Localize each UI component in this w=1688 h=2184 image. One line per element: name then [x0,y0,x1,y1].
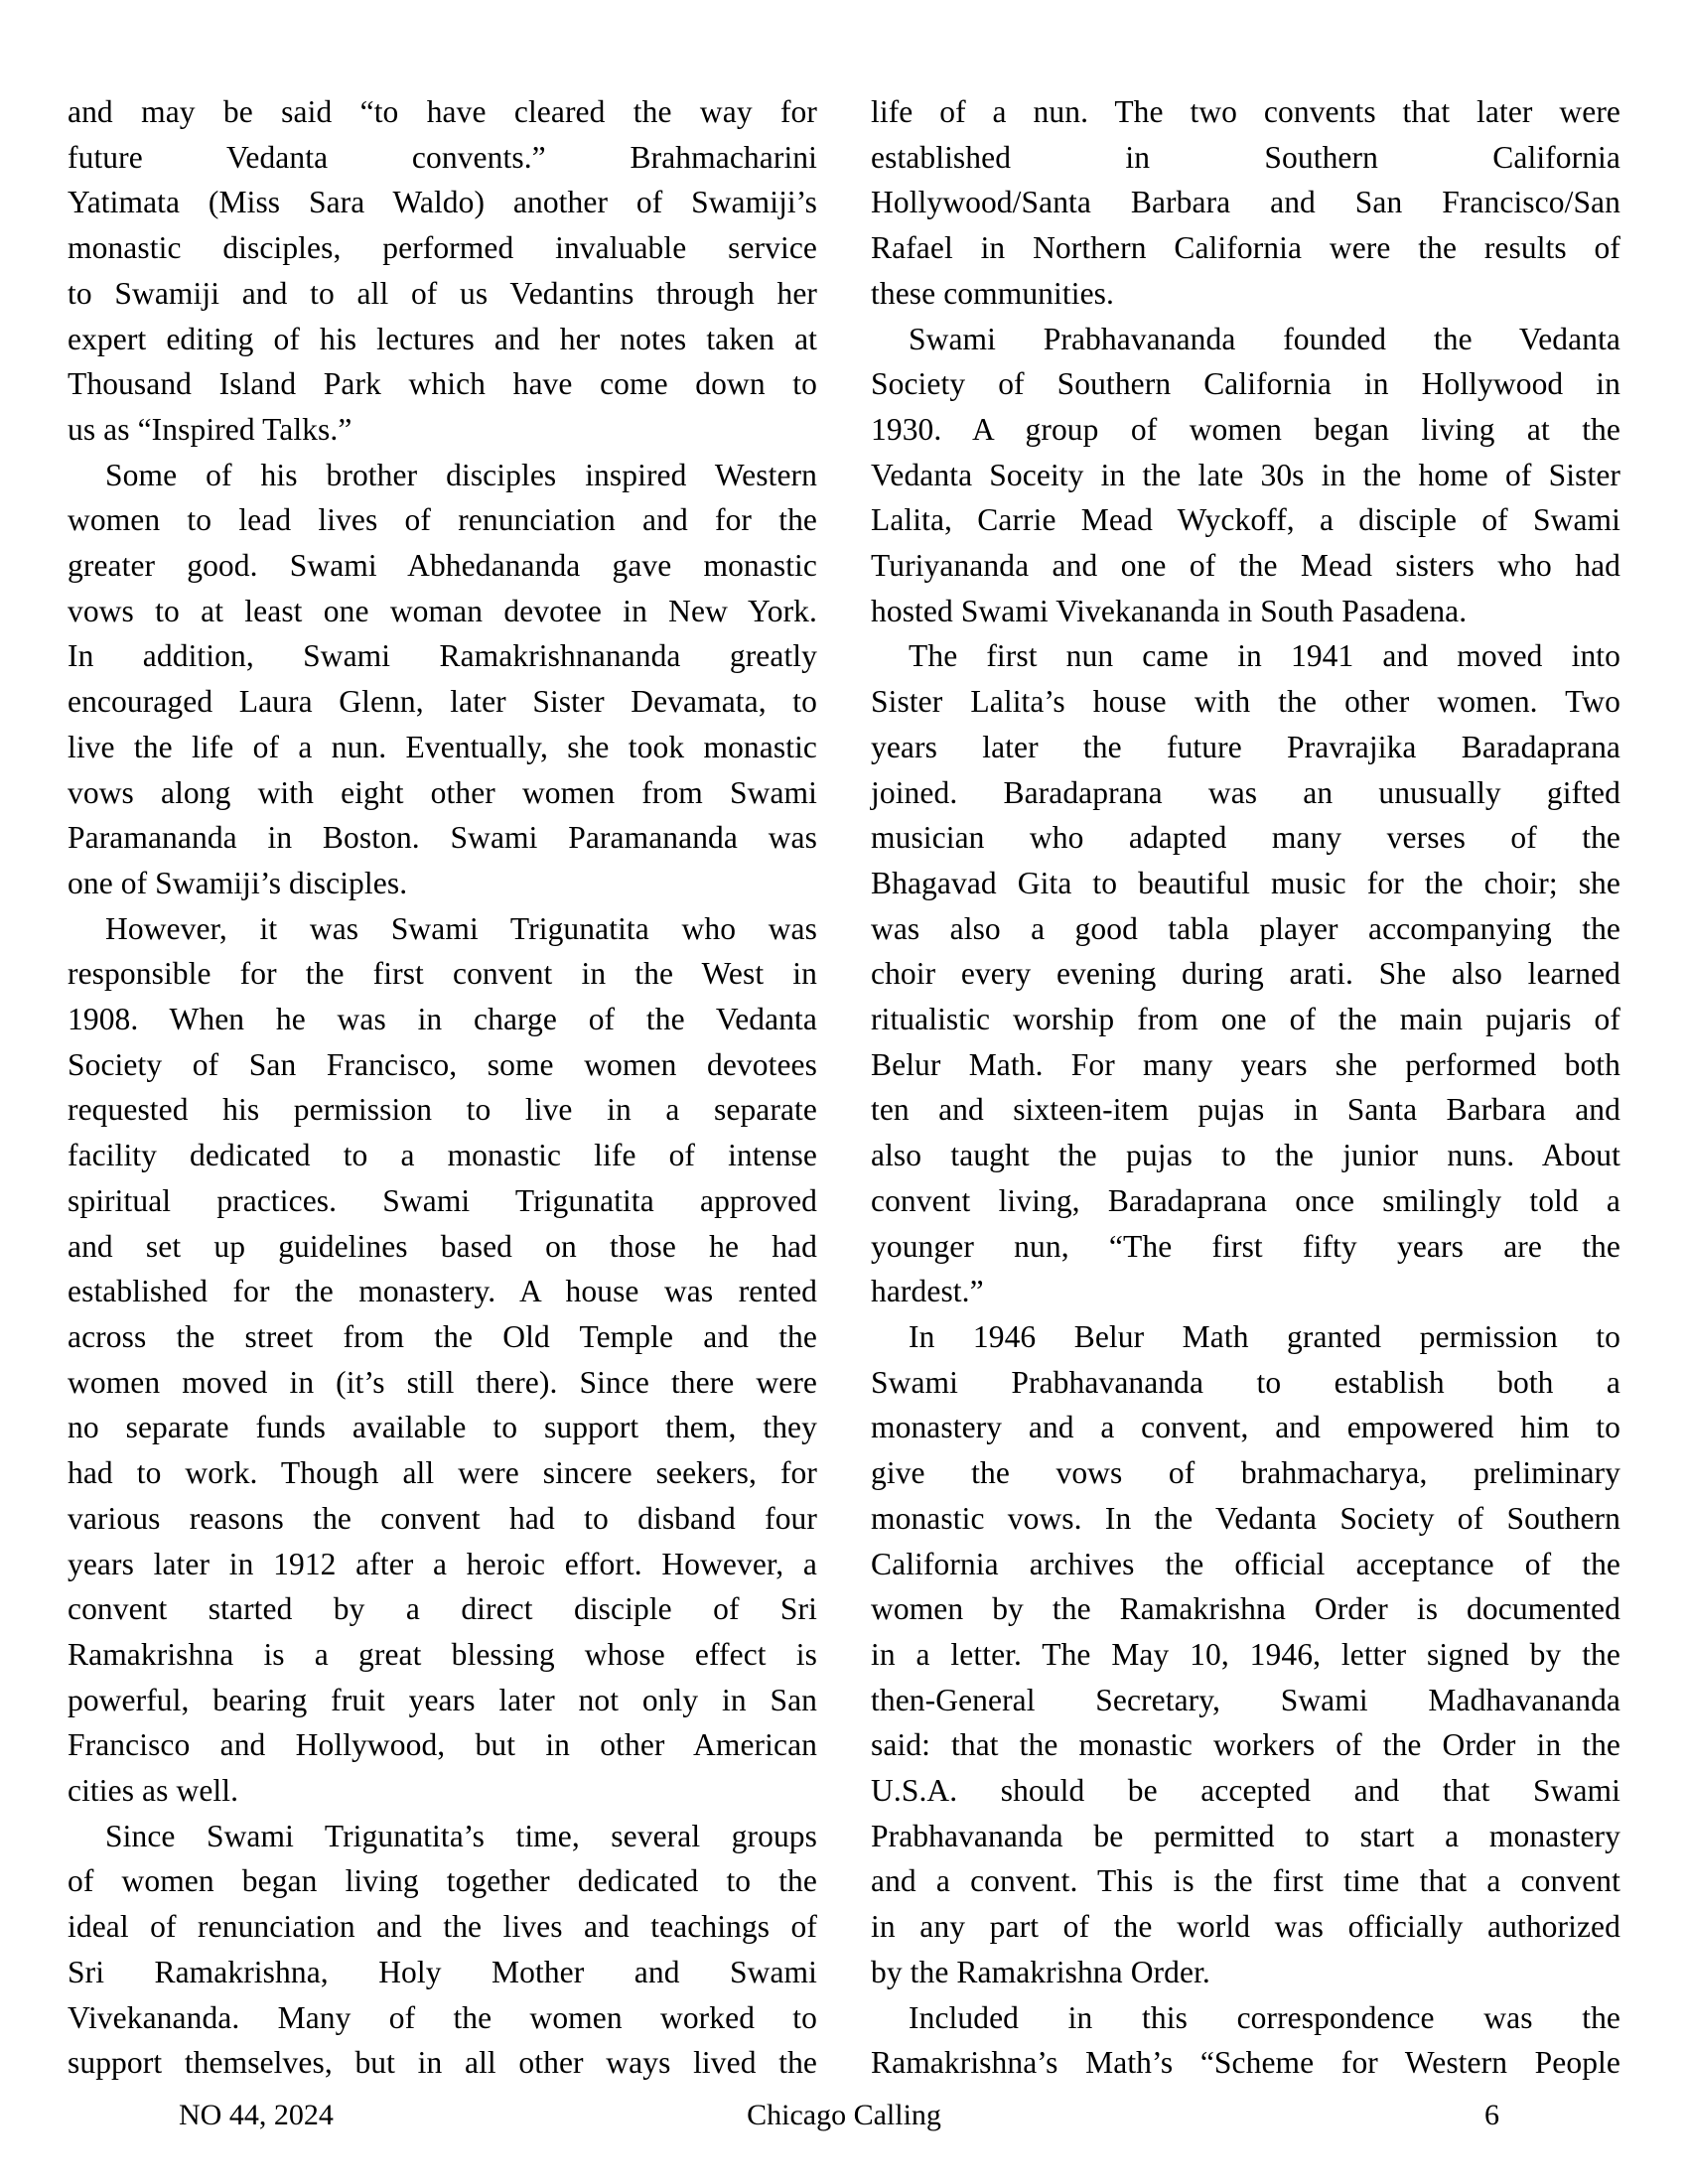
text-line: Society of San Francisco, some women dev… [68,1042,817,1088]
text-line: spiritual practices. Swami Trigunatita a… [68,1178,817,1224]
text-line: monastic disciples, performed invaluable… [68,225,817,271]
text-line: powerful, bearing fruit years later not … [68,1678,817,1723]
text-line: across the street from the Old Temple an… [68,1314,817,1360]
text-line: Rafael in Northern California were the r… [871,225,1620,271]
text-line: to Swamiji and to all of us Vedantins th… [68,271,817,317]
text-columns: and may be said “to have cleared the way… [68,89,1620,2086]
text-line: California archives the official accepta… [871,1542,1620,1587]
text-line: cities as well. [68,1768,817,1814]
text-line: Society of Southern California in Hollyw… [871,361,1620,407]
text-line: Turiyananda and one of the Mead sisters … [871,543,1620,589]
text-line: and may be said “to have cleared the way… [68,89,817,135]
text-line: established in Southern California [871,135,1620,181]
text-line: women moved in (it’s still there). Since… [68,1360,817,1406]
text-line: Since Swami Trigunatita’s time, several … [68,1814,817,1859]
text-line: Thousand Island Park which have come dow… [68,361,817,407]
text-line: musician who adapted many verses of the [871,815,1620,861]
text-line: live the life of a nun. Eventually, she … [68,725,817,770]
text-line: Vedanta Soceity in the late 30s in the h… [871,453,1620,498]
text-line: Bhagavad Gita to beautiful music for the… [871,861,1620,906]
text-line: Sri Ramakrishna, Holy Mother and Swami [68,1950,817,1995]
footer-publication-title: Chicago Calling [0,2093,1688,2138]
text-line: was also a good tabla player accompanyin… [871,906,1620,952]
text-line: Paramananda in Boston. Swami Paramananda… [68,815,817,861]
document-page: and may be said “to have cleared the way… [0,0,1688,2184]
text-line: various reasons the convent had to disba… [68,1496,817,1542]
text-line: vows to at least one woman devotee in Ne… [68,589,817,634]
text-line: Vivekananda. Many of the women worked to [68,1995,817,2041]
text-line: requested his permission to live in a se… [68,1087,817,1133]
text-line: Ramakrishna’s Math’s “Scheme for Western… [871,2040,1620,2086]
text-line: support themselves, but in all other way… [68,2040,817,2086]
text-line: vows along with eight other women from S… [68,770,817,816]
text-line: convent started by a direct disciple of … [68,1586,817,1632]
text-line: However, it was Swami Trigunatita who wa… [68,906,817,952]
text-line: of women began living together dedicated… [68,1858,817,1904]
text-line: encouraged Laura Glenn, later Sister Dev… [68,679,817,725]
text-line: no separate funds available to support t… [68,1405,817,1450]
text-line: Yatimata (Miss Sara Waldo) another of Sw… [68,180,817,225]
footer-page-number: 6 [1484,2093,1499,2138]
text-line: had to work. Though all were sincere see… [68,1450,817,1496]
text-line: one of Swamiji’s disciples. [68,861,817,906]
text-line: In 1946 Belur Math granted permission to [871,1314,1620,1360]
text-line: Prabhavananda be permitted to start a mo… [871,1814,1620,1859]
text-line: Swami Prabhavananda founded the Vedanta [871,317,1620,362]
text-line: hardest.” [871,1269,1620,1314]
text-line: years later the future Pravrajika Barada… [871,725,1620,770]
text-line: monastery and a convent, and empowered h… [871,1405,1620,1450]
text-line: said: that the monastic workers of the O… [871,1722,1620,1768]
text-line: established for the monastery. A house w… [68,1269,817,1314]
text-line: facility dedicated to a monastic life of… [68,1133,817,1178]
text-line: these communities. [871,271,1620,317]
text-line: in a letter. The May 10, 1946, letter si… [871,1632,1620,1678]
text-line: Ramakrishna is a great blessing whose ef… [68,1632,817,1678]
text-line: hosted Swami Vivekananda in South Pasade… [871,589,1620,634]
left-column: and may be said “to have cleared the way… [68,89,817,2086]
text-line: 1930. A group of women began living at t… [871,407,1620,453]
text-line: ideal of renunciation and the lives and … [68,1904,817,1950]
text-line: monastic vows. In the Vedanta Society of… [871,1496,1620,1542]
text-line: greater good. Swami Abhedananda gave mon… [68,543,817,589]
text-line: by the Ramakrishna Order. [871,1950,1620,1995]
text-line: Belur Math. For many years she performed… [871,1042,1620,1088]
text-line: Some of his brother disciples inspired W… [68,453,817,498]
text-line: choir every evening during arati. She al… [871,951,1620,997]
text-line: and set up guidelines based on those he … [68,1224,817,1270]
text-line: in any part of the world was officially … [871,1904,1620,1950]
text-line: women to lead lives of renunciation and … [68,497,817,543]
text-line: ritualistic worship from one of the main… [871,997,1620,1042]
text-line: The first nun came in 1941 and moved int… [871,633,1620,679]
text-line: women by the Ramakrishna Order is docume… [871,1586,1620,1632]
text-line: younger nun, “The first fifty years are … [871,1224,1620,1270]
text-line: years later in 1912 after a heroic effor… [68,1542,817,1587]
text-line: Swami Prabhavananda to establish both a [871,1360,1620,1406]
right-column: life of a nun. The two convents that lat… [871,89,1620,2086]
text-line: Sister Lalita’s house with the other wom… [871,679,1620,725]
text-line: Francisco and Hollywood, but in other Am… [68,1722,817,1768]
text-line: convent living, Baradaprana once smiling… [871,1178,1620,1224]
text-line: and a convent. This is the first time th… [871,1858,1620,1904]
text-line: also taught the pujas to the junior nuns… [871,1133,1620,1178]
text-line: U.S.A. should be accepted and that Swami [871,1768,1620,1814]
text-line: In addition, Swami Ramakrishnananda grea… [68,633,817,679]
text-line: Included in this correspondence was the [871,1995,1620,2041]
text-line: then-General Secretary, Swami Madhavanan… [871,1678,1620,1723]
text-line: responsible for the first convent in the… [68,951,817,997]
text-line: ten and sixteen-item pujas in Santa Barb… [871,1087,1620,1133]
text-line: expert editing of his lectures and her n… [68,317,817,362]
page-footer: NO 44, 2024 Chicago Calling 6 [0,2093,1688,2138]
text-line: us as “Inspired Talks.” [68,407,817,453]
text-line: life of a nun. The two convents that lat… [871,89,1620,135]
text-line: Hollywood/Santa Barbara and San Francisc… [871,180,1620,225]
text-line: future Vedanta convents.” Brahmacharini [68,135,817,181]
text-line: Lalita, Carrie Mead Wyckoff, a disciple … [871,497,1620,543]
text-line: give the vows of brahmacharya, prelimina… [871,1450,1620,1496]
text-line: joined. Baradaprana was an unusually gif… [871,770,1620,816]
text-line: 1908. When he was in charge of the Vedan… [68,997,817,1042]
